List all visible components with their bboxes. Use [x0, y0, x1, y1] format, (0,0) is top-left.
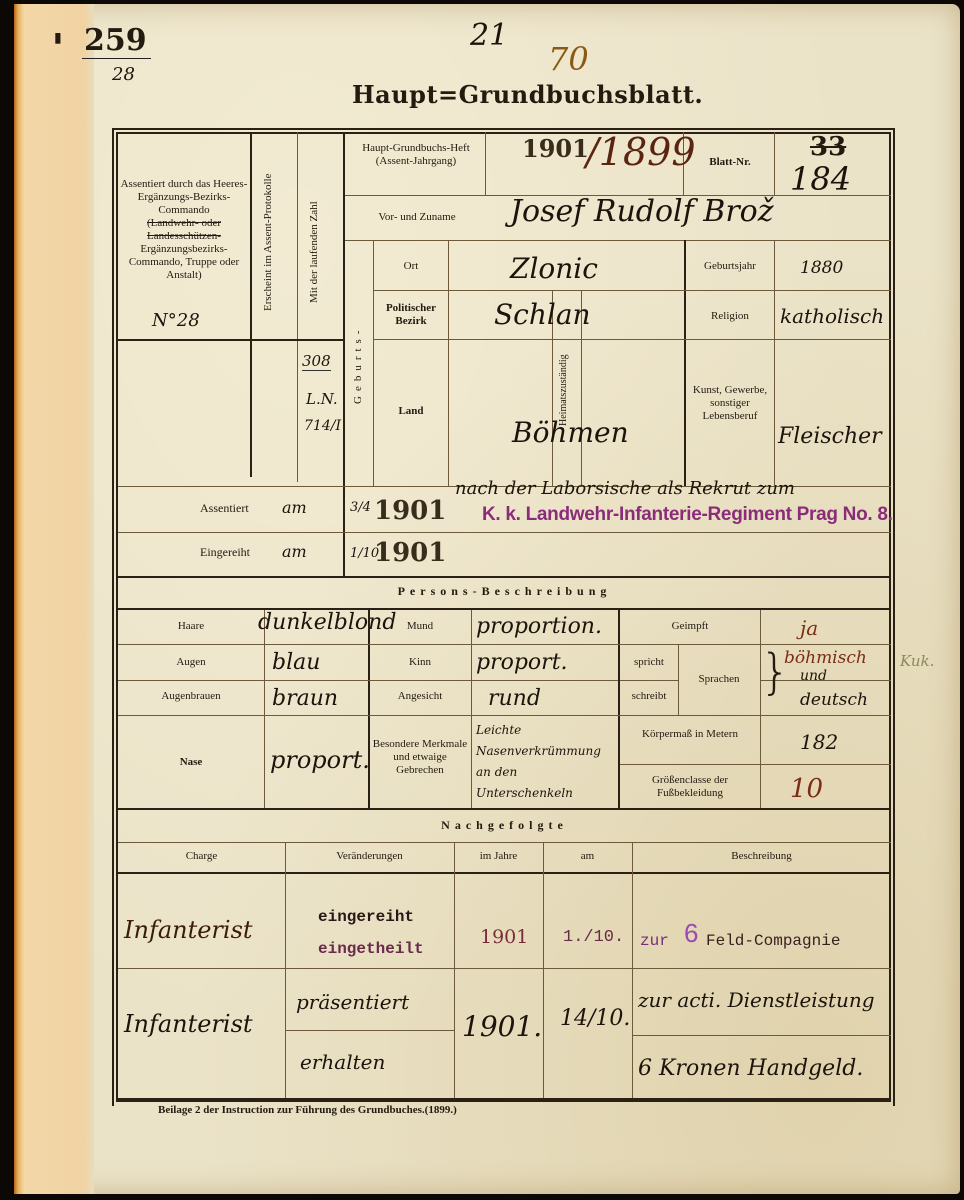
koerper-value: 182 [800, 730, 838, 754]
row2-date: 14/10. [560, 1006, 630, 1031]
col-beschreibung: Beschreibung [632, 850, 891, 863]
heft-hand-year: /1899 [586, 130, 696, 174]
nachgefolgte-title: Nachgefolgte [118, 818, 891, 833]
binding-edge [14, 4, 94, 1194]
row2-change-1: präsentiert [296, 990, 409, 1014]
row1-change-2: eingetheilt [318, 940, 424, 958]
heft-printed-year: 1901 [522, 134, 589, 163]
zahl-value-2: L.N. [306, 390, 338, 408]
eingereiht-am: am [282, 542, 307, 561]
land-value: Böhmen [512, 416, 629, 449]
regiment-stamp: K. k. Landwehr-Infanterie-Regiment Prag … [482, 504, 893, 526]
religion-value: katholisch [780, 304, 884, 328]
beruf-label: Kunst, Gewerbe, sonstiger Lebensberuf [690, 384, 770, 423]
sprachen-value-3: deutsch [800, 690, 868, 710]
augen-value: blau [272, 650, 320, 675]
top-number-red: 70 [548, 40, 589, 78]
row2-year: 1901. [462, 1010, 542, 1043]
col-am: am [543, 850, 632, 863]
file-number: 259 [82, 24, 151, 59]
ort-label: Ort [375, 260, 447, 273]
bezirk-value: Schlan [494, 298, 591, 331]
nase-value: proport. [270, 746, 370, 774]
row1-desc-num: 6 [684, 918, 698, 949]
row1-desc-post: Feld-Compagnie [706, 932, 840, 950]
col-veraenderungen: Veränderungen [285, 850, 454, 863]
row1-year: 1901 [480, 926, 528, 948]
blatt-number: 184 [790, 160, 851, 198]
angesicht-value: rund [488, 686, 541, 711]
zahl-value-3: 714/I [304, 418, 341, 434]
augenbrauen-label: Augenbrauen [120, 690, 262, 703]
haare-label: Haare [120, 620, 262, 633]
assent-label-cont: Ergänzungsbezirks-Commando, Truppe oder … [129, 243, 239, 281]
blatt-label: Blatt-Nr. [694, 156, 766, 169]
assent-value: N°28 [152, 310, 200, 331]
sprachen-label: Sprachen [680, 673, 758, 686]
kinn-label: Kinn [372, 656, 468, 669]
col-jahr: im Jahre [454, 850, 543, 863]
heft-label: Haupt-Grundbuchs-Heft (Assent-Jahrgang) [352, 142, 480, 168]
bezirk-label: Politischer Bezirk [375, 302, 447, 328]
assent-label: Assentiert durch das Heeres-Ergänzungs-B… [120, 178, 248, 282]
assent-label-struck: (Landwehr- oder Landesschützen- [147, 217, 221, 242]
merkmale-label: Besondere Merkmale und etwaige Gebrechen [370, 738, 470, 777]
mund-value: proportion. [476, 614, 602, 639]
koerper-label: Körpermaß in Metern [622, 728, 758, 741]
fuss-label: Größenclasse der Fußbekleidung [622, 774, 758, 800]
assentiert-note: nach der Laborsische als Rekrut zum [455, 478, 795, 499]
geburtsjahr-value: 1880 [800, 258, 843, 278]
description-title: Persons-Beschreibung [118, 584, 891, 599]
row2-desc-1: zur acti. Dienstleistung [638, 988, 875, 1012]
angesicht-label: Angesicht [372, 690, 468, 703]
assent-label-text: Assentiert durch das Heeres-Ergänzungs-B… [121, 178, 248, 216]
row2-change-2: erhalten [300, 1050, 385, 1074]
eingereiht-label: Eingereiht [200, 546, 250, 559]
row2-desc-2: 6 Kronen Handgeld. [638, 1056, 863, 1081]
geimpft-value: ja [800, 616, 818, 640]
margin-mark: ▮ [54, 30, 62, 46]
col-charge: Charge [118, 850, 285, 863]
zahl-value-1: 308 [302, 352, 331, 371]
augen-label: Augen [120, 656, 262, 669]
footer-note: Beilage 2 der Instruction zur Führung de… [158, 1104, 457, 1116]
row1-date: 1./10. [563, 928, 624, 947]
assentiert-year: 1901 [374, 496, 446, 526]
geburtsjahr-label: Geburtsjahr [688, 260, 772, 273]
name-label: Vor- und Zuname [350, 211, 484, 224]
assentiert-label: Assentiert [200, 502, 249, 515]
assentiert-am: am [282, 498, 307, 517]
ort-value: Zlonic [510, 252, 598, 285]
margin-note: Kuk. [900, 652, 934, 670]
col-protokoll-label: Erscheint im Assent-Protokolle [262, 150, 274, 335]
nase-label: Nase [120, 756, 262, 769]
col-zahl-label: Mit der laufenden Zahl [308, 170, 320, 335]
geimpft-label: Geimpft [622, 620, 758, 633]
assentiert-date: 3/4 [350, 500, 371, 515]
geburts-label: Geburts- [352, 300, 364, 430]
land-label: Land [375, 405, 447, 418]
fuss-value: 10 [790, 774, 823, 804]
row1-desc-pre: zur [640, 932, 669, 950]
top-number: 21 [470, 18, 508, 53]
file-sub-number: 28 [112, 64, 135, 85]
blatt-struck-number: 33 [810, 132, 846, 162]
merkmale-value: Leichte Nasenverkrümmung an den Untersch… [476, 720, 616, 804]
spricht-label: spricht [622, 656, 676, 669]
kinn-value: proport. [476, 650, 568, 675]
name-value: Josef Rudolf Brož [510, 194, 774, 229]
eingereiht-year: 1901 [374, 538, 446, 568]
row1-charge: Infanterist [124, 916, 253, 944]
row2-charge: Infanterist [124, 1010, 253, 1038]
sprachen-value-2: und [800, 668, 827, 684]
beruf-value: Fleischer [778, 424, 882, 449]
mund-label: Mund [372, 620, 468, 633]
row1-change-1: eingereiht [318, 908, 414, 926]
sprachen-value-1: böhmisch [784, 648, 867, 668]
page-title: Haupt=Grundbuchsblatt. [352, 80, 703, 109]
augenbrauen-value: braun [272, 686, 338, 711]
religion-label: Religion [688, 310, 772, 323]
schreibt-label: schreibt [622, 690, 676, 703]
